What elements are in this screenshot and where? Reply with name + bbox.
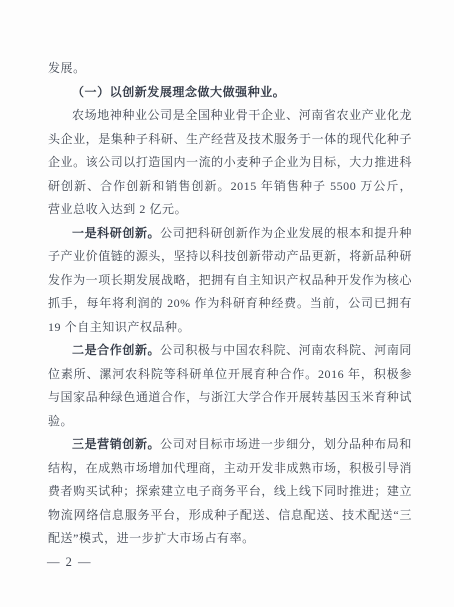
paragraph-lead: 三是营销创新。 (72, 437, 160, 451)
paragraph-research-innovation: 一是科研创新。公司把科研创新作为企业发展的根本和提升种子产业价值链的源头，坚持以… (48, 222, 412, 340)
page-number: — 2 — (47, 555, 92, 570)
paragraph-marketing-innovation: 三是营销创新。公司对目标市场进一步细分，划分品种布局和结构，在成熟市场增加代理商… (48, 433, 412, 551)
paragraph-cooperation-innovation: 二是合作创新。公司积极与中国农科院、河南农科院、河南同位素所、漯河农科院等科研单… (48, 339, 412, 433)
paragraph-lead: 一是科研创新。 (72, 226, 160, 240)
section-heading: （一）以创新发展理念做大做强种业。 (48, 81, 412, 105)
document-page: 发展。 （一）以创新发展理念做大做强种业。 农场地神种业公司是全国种业骨干企业、… (0, 0, 454, 607)
paragraph-text: 公司对目标市场进一步细分，划分品种布局和结构，在成熟市场增加代理商，主动开发非成… (48, 437, 412, 545)
paragraph-continuation: 发展。 (48, 57, 412, 81)
paragraph-lead: 二是合作创新。 (72, 343, 160, 357)
paragraph-company-intro: 农场地神种业公司是全国种业骨干企业、河南省农业产业化龙头企业，是集种子科研、生产… (48, 104, 412, 222)
paragraph-text: 公司把科研创新作为企业发展的根本和提升种子产业价值链的源头，坚持以科技创新带动产… (48, 226, 412, 334)
